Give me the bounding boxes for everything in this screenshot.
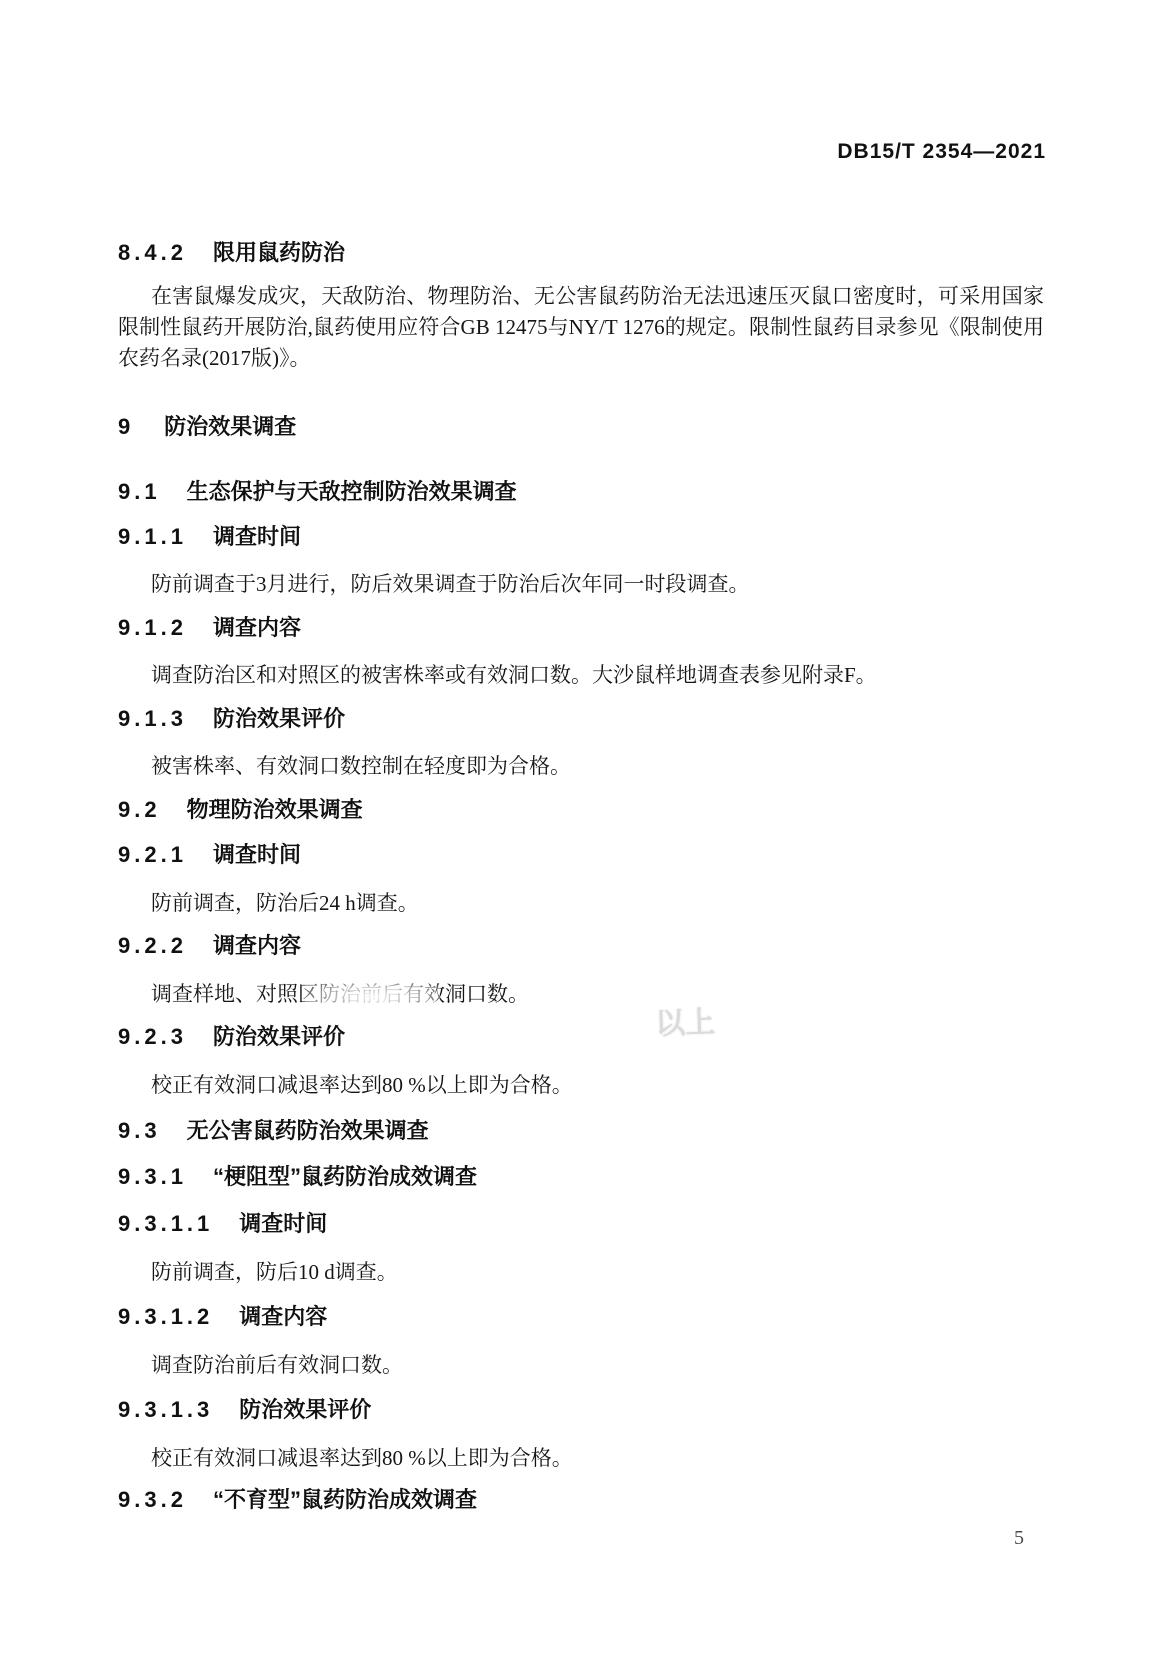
paragraph-9-3-1-3: 校正有效洞口减退率达到80 %以上即为合格。 xyxy=(118,1443,1044,1474)
section-number: 9.2.2 xyxy=(118,933,187,958)
paragraph-9-3-1-2: 调查防治前后有效洞口数。 xyxy=(118,1350,1044,1381)
section-number: 9.3.2 xyxy=(118,1487,187,1512)
section-title: 防治效果评价 xyxy=(213,706,345,731)
paragraph-8-4-2: 在害鼠爆发成灾，天敌防治、物理防治、无公害鼠药防治无法迅速压灭鼠口密度时，可采用… xyxy=(118,281,1044,374)
paragraph-9-1-2: 调查防治区和对照区的被害株率或有效洞口数。大沙鼠样地调查表参见附录F。 xyxy=(118,660,1044,691)
section-number: 9.3.1.1 xyxy=(118,1211,213,1236)
document-page: DB15/T 2354—2021 8.4.2限用鼠药防治 在害鼠爆发成灾，天敌防… xyxy=(0,0,1160,1661)
section-title: 调查时间 xyxy=(213,524,301,549)
section-title: “梗阻型”鼠药防治成效调查 xyxy=(213,1164,477,1189)
section-number: 9.1 xyxy=(118,479,161,504)
paragraph-9-2-2: 调查样地、对照区防治前后有效洞口数。 xyxy=(118,979,1044,1010)
section-title: 防治效果调查 xyxy=(164,414,296,439)
paragraph-9-3-1-1: 防前调查，防后10 d调查。 xyxy=(118,1257,1044,1288)
section-heading-9-3-1-1: 9.3.1.1调查时间 xyxy=(118,1211,1044,1237)
section-heading-9-1-1: 9.1.1调查时间 xyxy=(118,524,1044,550)
section-number: 9.1.3 xyxy=(118,706,187,731)
section-number: 9.2.3 xyxy=(118,1024,187,1049)
paragraph-9-2-3: 校正有效洞口减退率达到80 %以上即为合格。 xyxy=(118,1070,1044,1101)
section-heading-9-3-1-3: 9.3.1.3防治效果评价 xyxy=(118,1397,1044,1423)
section-title: 无公害鼠药防治效果调查 xyxy=(187,1118,429,1143)
section-title: 防治效果评价 xyxy=(213,1024,345,1049)
section-number: 9.3.1.3 xyxy=(118,1397,213,1422)
section-heading-9-3-1: 9.3.1“梗阻型”鼠药防治成效调查 xyxy=(118,1164,1044,1190)
page-number: 5 xyxy=(1014,1527,1024,1550)
section-heading-9-1-3: 9.1.3防治效果评价 xyxy=(118,706,1044,732)
section-title: 调查时间 xyxy=(213,842,301,867)
section-heading-9-2-3: 9.2.3防治效果评价 xyxy=(118,1024,1044,1050)
section-heading-9-3-1-2: 9.3.1.2调查内容 xyxy=(118,1304,1044,1330)
section-title: “不育型”鼠药防治成效调查 xyxy=(213,1487,477,1512)
section-heading-8-4-2: 8.4.2限用鼠药防治 xyxy=(118,240,1044,266)
section-number: 9.1.1 xyxy=(118,524,187,549)
section-heading-9-3-2: 9.3.2“不育型”鼠药防治成效调查 xyxy=(118,1487,1044,1513)
section-heading-9-2-1: 9.2.1调查时间 xyxy=(118,842,1044,868)
section-title: 物理防治效果调查 xyxy=(187,797,363,822)
section-heading-9-1: 9.1生态保护与天敌控制防治效果调查 xyxy=(118,479,1044,505)
section-number: 9 xyxy=(118,414,134,439)
section-heading-9-1-2: 9.1.2调查内容 xyxy=(118,615,1044,641)
section-heading-9-3: 9.3无公害鼠药防治效果调查 xyxy=(118,1118,1044,1144)
section-title: 限用鼠药防治 xyxy=(213,240,345,265)
section-heading-9-2-2: 9.2.2调查内容 xyxy=(118,933,1044,959)
section-number: 9.1.2 xyxy=(118,615,187,640)
paragraph-9-1-3: 被害株率、有效洞口数控制在轻度即为合格。 xyxy=(118,751,1044,782)
section-number: 9.3.1 xyxy=(118,1164,187,1189)
section-number: 9.2.1 xyxy=(118,842,187,867)
section-heading-9: 9防治效果调查 xyxy=(118,414,1044,440)
section-title: 生态保护与天敌控制防治效果调查 xyxy=(187,479,517,504)
section-title: 调查内容 xyxy=(239,1304,327,1329)
standard-code-header: DB15/T 2354—2021 xyxy=(837,140,1046,164)
section-title: 防治效果评价 xyxy=(239,1397,371,1422)
section-heading-9-2: 9.2物理防治效果调查 xyxy=(118,797,1044,823)
section-title: 调查内容 xyxy=(213,933,301,958)
section-number: 9.2 xyxy=(118,797,161,822)
section-number: 9.3 xyxy=(118,1118,161,1143)
section-title: 调查内容 xyxy=(213,615,301,640)
section-title: 调查时间 xyxy=(239,1211,327,1236)
section-number: 8.4.2 xyxy=(118,240,187,265)
paragraph-9-2-1: 防前调查，防治后24 h调查。 xyxy=(118,888,1044,919)
paragraph-9-1-1: 防前调查于3月进行，防后效果调查于防治后次年同一时段调查。 xyxy=(118,569,1044,600)
section-number: 9.3.1.2 xyxy=(118,1304,213,1329)
